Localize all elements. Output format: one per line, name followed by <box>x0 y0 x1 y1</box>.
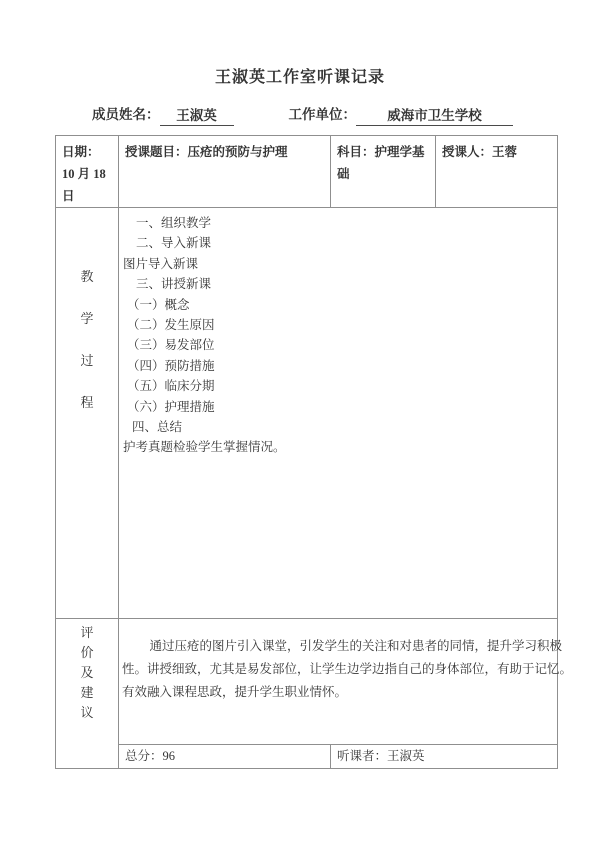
evaluation-row: 评价及建议 通过压疮的图片引入课堂，引发学生的关注和对患者的同情，提升学习积极性… <box>56 619 558 745</box>
teaching-process-content: 一、组织教学二、导入新课图片导入新课三、讲授新课（一）概念（二）发生原因（三）易… <box>119 208 558 619</box>
process-line: 四、总结 <box>121 417 555 437</box>
document-page: 王淑英工作室听课记录 成员姓名：王淑英工作单位：威海市卫生学校 日期： 10 月… <box>0 0 600 769</box>
date-cell: 日期： 10 月 18 日 <box>56 136 119 208</box>
process-line: （二）发生原因 <box>121 315 555 335</box>
process-line: （五）临床分期 <box>121 376 555 396</box>
page-title: 王淑英工作室听课记录 <box>0 68 600 88</box>
observation-record-table: 日期： 10 月 18 日 授课题目：压疮的预防与护理 科目：护理学基础 授课人… <box>55 135 558 769</box>
date-label: 日期： <box>62 141 116 163</box>
process-line: 三、讲授新课 <box>121 274 555 294</box>
lesson-topic-cell: 授课题目：压疮的预防与护理 <box>119 136 331 208</box>
process-line: 护考真题检验学生掌握情况。 <box>121 437 555 457</box>
process-line: （一）概念 <box>121 295 555 315</box>
process-line: （六）护理措施 <box>121 397 555 417</box>
total-score-cell: 总分：96 <box>119 745 331 769</box>
teaching-process-label: 教学过程 <box>80 256 95 424</box>
process-line: （四）预防措施 <box>121 356 555 376</box>
evaluation-content: 通过压疮的图片引入课堂，引发学生的关注和对患者的同情，提升学习积极性。讲授细致，… <box>119 619 558 745</box>
member-info-line: 成员姓名：王淑英工作单位：威海市卫生学校 <box>92 104 600 126</box>
member-name-value: 王淑英 <box>160 105 234 126</box>
evaluation-line: 通过压疮的图片引入课堂，引发学生的关注和对患者的同情，提升学习积极 <box>122 635 553 658</box>
teacher-cell: 授课人：王蓉 <box>436 136 558 208</box>
footer-row: 总分：96 听课者：王淑英 <box>56 745 558 769</box>
process-line: 图片导入新课 <box>121 254 555 274</box>
work-unit-label: 工作单位： <box>289 104 357 126</box>
table-header-row: 日期： 10 月 18 日 授课题目：压疮的预防与护理 科目：护理学基础 授课人… <box>56 136 558 208</box>
evaluation-line: 有效融入课程思政，提升学生职业情怀。 <box>122 681 553 704</box>
subject-cell: 科目：护理学基础 <box>331 136 436 208</box>
evaluation-line: 性。讲授细致，尤其是易发部位，让学生边学边指自己的身体部位，有助于记忆。 <box>122 658 553 681</box>
teaching-process-label-cell: 教学过程 <box>56 208 119 619</box>
work-unit-value: 威海市卫生学校 <box>356 105 513 126</box>
process-line: 一、组织教学 <box>121 213 555 233</box>
date-value: 10 月 18 日 <box>62 163 116 207</box>
evaluation-label-cell: 评价及建议 <box>56 619 119 769</box>
teaching-process-row: 教学过程 一、组织教学二、导入新课图片导入新课三、讲授新课（一）概念（二）发生原… <box>56 208 558 619</box>
observer-cell: 听课者：王淑英 <box>331 745 558 769</box>
process-line: 二、导入新课 <box>121 233 555 253</box>
process-line: （三）易发部位 <box>121 335 555 355</box>
member-name-label: 成员姓名： <box>92 104 160 126</box>
evaluation-label: 评价及建议 <box>80 623 95 723</box>
